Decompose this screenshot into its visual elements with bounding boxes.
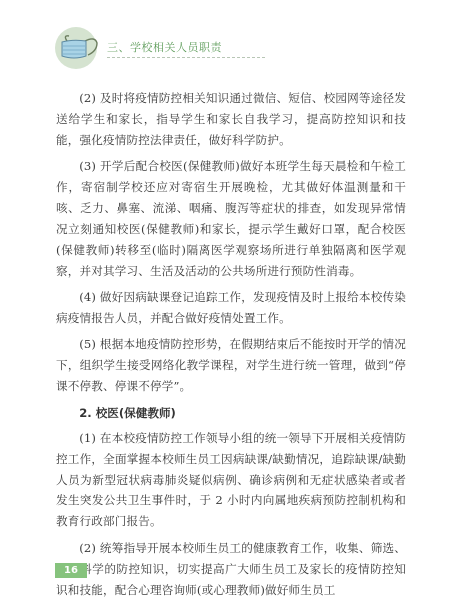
page-number: 16 [55,563,87,578]
face-mask-icon [55,27,97,69]
paragraph: (3) 开学后配合校医(保健教师)做好本班学生每天晨检和午检工作，寄宿制学校还应… [56,156,406,281]
paragraph: (5) 根据本地疫情防控形势，在假期结束后不能按时开学的情况下，组织学生接受网络… [56,334,406,397]
paragraph: (1) 在本校疫情防控工作领导小组的统一领导下开展相关疫情防控工作，全面掌握本校… [56,428,406,533]
paragraph: (4) 做好因病缺课登记追踪工作，发现疫情及时上报给本校传染病疫情报告人员，并配… [56,287,406,329]
chapter-title: 三、学校相关人员职责 [107,39,222,55]
section-heading: 2. 校医(保健教师) [56,403,406,423]
dashed-divider [107,57,265,58]
chapter-header: 三、学校相关人员职责 [55,27,255,77]
page-body: (2) 及时将疫情防控相关知识通过微信、短信、校园网等途径发送给学生和家长，指导… [56,88,406,600]
paragraph: (2) 统筹指导开展本校师生员工的健康教育工作，收集、筛选、传播科学的防控知识，… [56,538,406,600]
paragraph: (2) 及时将疫情防控相关知识通过微信、短信、校园网等途径发送给学生和家长，指导… [56,88,406,151]
